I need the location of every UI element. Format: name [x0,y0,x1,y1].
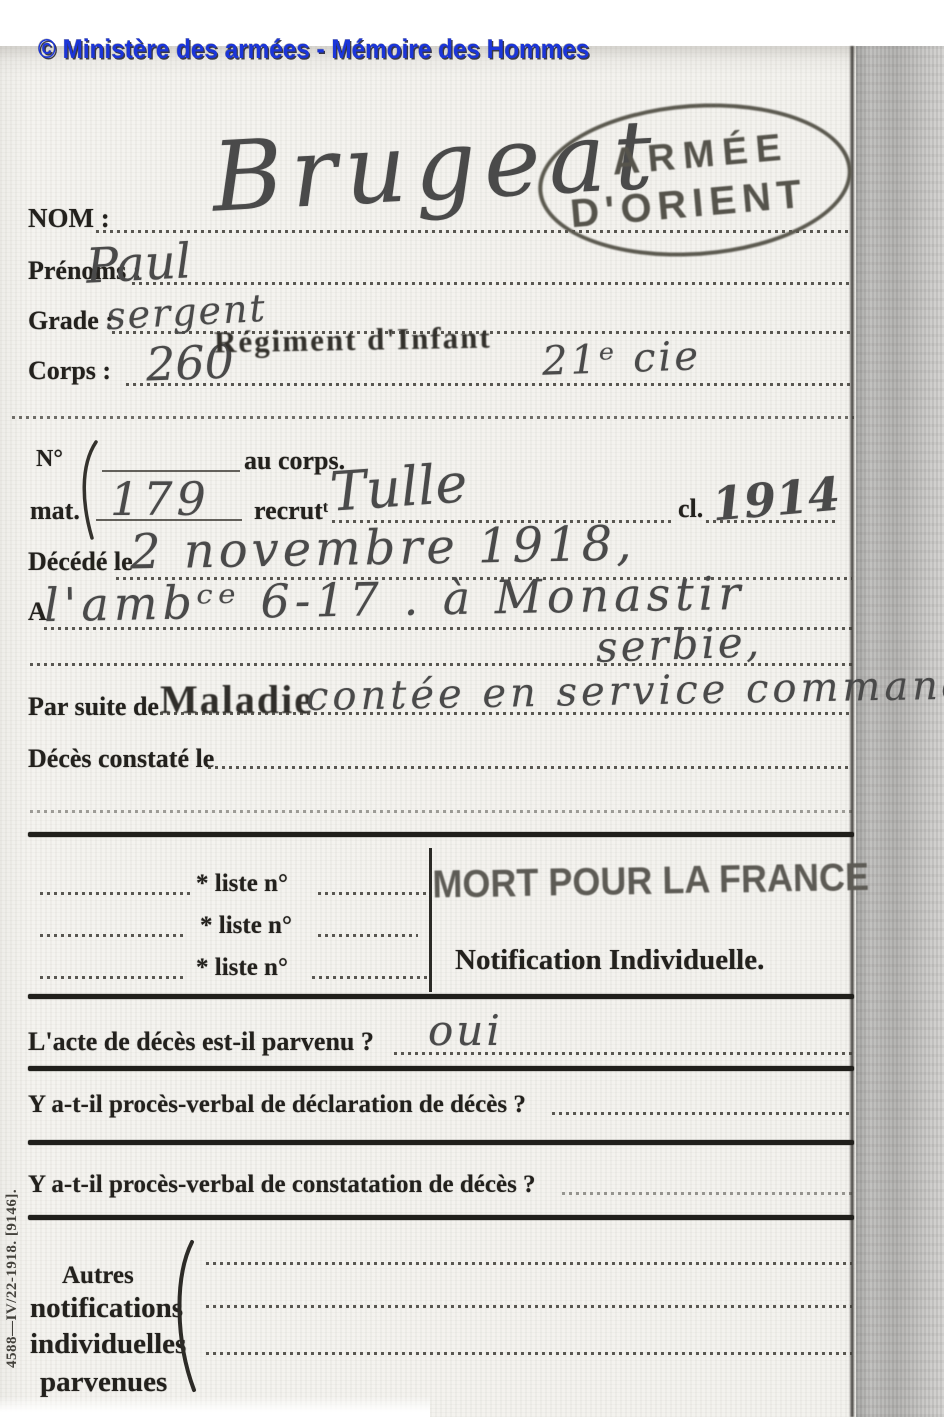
copyright-watermark: © Ministère des armées - Mémoire des Hom… [38,34,589,65]
mat-label: mat. [30,496,80,526]
autres-label-line4: parvenues [40,1366,167,1399]
pv-declaration-label: Y a-t-il procès-verbal de déclaration de… [28,1091,526,1119]
autres-label-line2: notifications [30,1292,183,1325]
maladie-stamp: Maladie [160,676,314,723]
matricule-value-handwriting: 179 [110,472,210,526]
section-rule [12,416,854,419]
liste-line-1a [40,892,190,895]
notification-individuelle-label: Notification Individuelle. [455,944,764,977]
liste-line-3a [40,976,185,979]
box-rule-bottom [28,994,854,999]
lieu-suite-line [30,663,852,666]
deces-constate-line [208,766,852,769]
corps-label: Corps : [28,356,111,386]
classe-label: cl. [678,494,703,524]
corps-line [126,383,852,386]
brace-icon [168,1238,198,1394]
mort-pour-la-france-stamp: MORT POUR LA FRANCE [432,854,869,907]
acte-parvenu-value-handwriting: oui [428,1006,503,1055]
printer-imprint: 4588—IV/22-1918. [9146]. [4,1189,21,1368]
acte-parvenu-line [394,1052,852,1055]
corps-company-handwriting: 21ᵉ cie [541,333,701,385]
page-edge-line [849,46,855,1417]
par-suite-line [160,712,852,715]
rule-3 [28,1140,854,1145]
regiment-stamp: Régiment d'Infant [214,320,492,361]
prenoms-line [132,282,852,285]
prenoms-value-handwriting: Paul [85,233,193,294]
binding-scan-band [856,46,944,1417]
acte-parvenu-label: L'acte de décès est-il parvenu ? [28,1027,374,1057]
rule-2 [28,1066,854,1071]
scanned-death-record-card: © Ministère des armées - Mémoire des Hom… [0,0,944,1417]
autres-line-1 [206,1262,852,1265]
numero-label: N° [36,446,63,473]
autres-line-2 [206,1305,852,1308]
liste-line-3b [312,976,428,979]
blank-line [30,810,852,813]
brace-icon [74,438,100,542]
recrut-value-handwriting: Tulle [328,451,469,523]
box-rule-top [28,832,854,837]
liste-line-2b [318,934,418,937]
bottom-page-edge [0,1396,430,1417]
autres-label-line1: Autres [62,1262,134,1290]
pv-declaration-line [552,1112,852,1115]
autres-line-3 [206,1352,852,1355]
liste-label-3: * liste n° [196,954,288,982]
mat-line [96,519,242,521]
classe-line [706,520,836,523]
liste-label-1: * liste n° [196,870,288,898]
grade-label: Grade : [28,306,114,336]
autres-label-line3: individuelles [30,1328,186,1361]
liste-line-1b [318,892,428,895]
liste-label-2: * liste n° [200,912,292,940]
rule-4 [28,1215,854,1220]
pv-constatation-label: Y a-t-il procès-verbal de constatation d… [28,1171,536,1199]
par-suite-label: Par suite de [28,692,159,722]
pv-constatation-line [562,1192,852,1195]
decede-le-label: Décédé le [28,547,133,577]
deces-constate-label: Décès constaté le [28,744,214,774]
liste-line-2a [40,934,185,937]
